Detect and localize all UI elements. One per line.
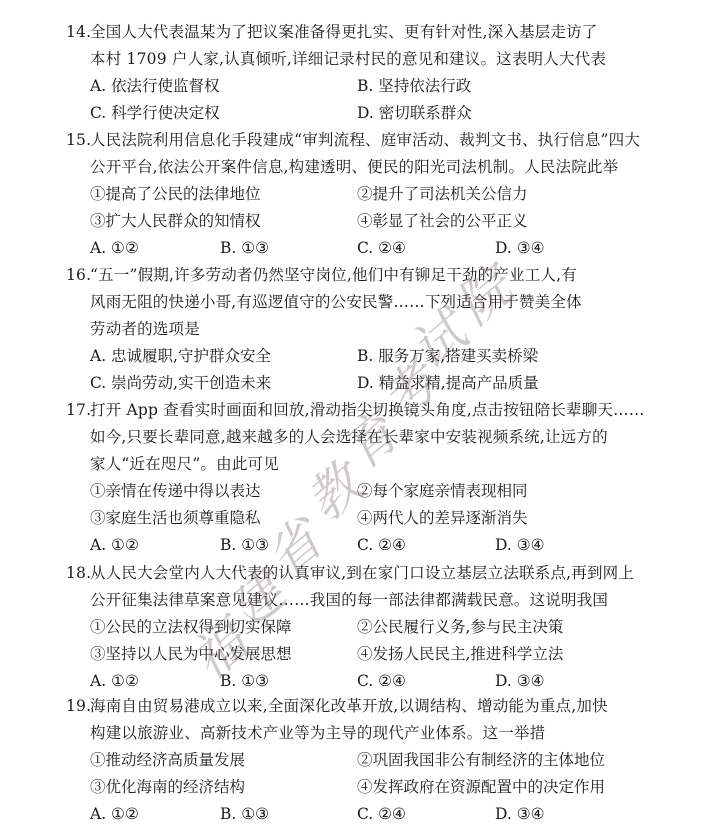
option-b[interactable]: B. 坚持依法行政 <box>357 73 471 100</box>
choice-d[interactable]: D. ③④ <box>495 668 545 695</box>
stem-line: 人民法院利用信息化手段建成“审判流程、庭审活动、裁判文书、执行信息”四大 <box>90 131 640 149</box>
statement-1: ①亲情在传递中得以表达 <box>90 478 261 505</box>
choice-a[interactable]: A. ①② <box>90 532 139 559</box>
stem-line: 构建以旅游业、高新技术产业等为主导的现代产业体系。这一举措 <box>66 720 636 747</box>
choice-b[interactable]: B. ①③ <box>220 801 269 828</box>
statement-3: ③坚持以人民为中心发展思想 <box>90 641 292 668</box>
question-number: 19. <box>66 693 90 720</box>
option-d[interactable]: D. 密切联系群众 <box>357 100 472 127</box>
stem-line: 从人民大会堂内人大代表的认真审议,到在家门口设立基层立法联系点,再到网上 <box>90 564 634 582</box>
statement-3: ③优化海南的经济结构 <box>90 774 245 801</box>
statement-4: ④两代人的差异逐渐消失 <box>357 505 528 532</box>
question-number: 18. <box>66 560 90 587</box>
question-number: 17. <box>66 397 90 424</box>
statement-2: ②每个家庭亲情表现相同 <box>357 478 528 505</box>
choice-d[interactable]: D. ③④ <box>495 532 545 559</box>
statement-4: ④发挥政府在资源配置中的决定作用 <box>357 774 605 801</box>
stem-line: 公开平台,依法公开案件信息,构建透明、便民的阳光司法机制。人民法院此举 <box>66 154 636 181</box>
choice-c[interactable]: C. ②④ <box>357 668 406 695</box>
choice-c[interactable]: C. ②④ <box>357 532 406 559</box>
stem-line: 本村 1709 户人家,认真倾听,详细记录村民的意见和建议。这表明人大代表 <box>66 46 636 73</box>
question-19: 19.海南自由贸易港成立以来,全面深化改革开放,以调结构、增动能为重点,加快 构… <box>66 693 636 828</box>
choice-b[interactable]: B. ①③ <box>220 668 269 695</box>
statement-4: ④彰显了社会的公平正义 <box>357 208 528 235</box>
question-number: 16. <box>66 262 90 289</box>
choice-a[interactable]: A. ①② <box>90 235 139 262</box>
exam-page: 14.全国人大代表温某为了把议案准备得更扎实、更有针对性,深入基层走访了 本村 … <box>0 0 703 840</box>
question-15: 15.人民法院利用信息化手段建成“审判流程、庭审活动、裁判文书、执行信息”四大 … <box>66 127 636 262</box>
question-18: 18.从人民大会堂内人大代表的认真审议,到在家门口设立基层立法联系点,再到网上 … <box>66 560 636 695</box>
option-d[interactable]: D. 精益求精,提高产品质量 <box>357 370 539 397</box>
choice-d[interactable]: D. ③④ <box>495 801 545 828</box>
statement-2: ②巩固我国非公有制经济的主体地位 <box>357 747 605 774</box>
choice-c[interactable]: C. ②④ <box>357 235 406 262</box>
choice-b[interactable]: B. ①③ <box>220 532 269 559</box>
stem-line: 如今,只要长辈同意,越来越多的人会选择在长辈家中安装视频系统,让远方的 <box>66 424 636 451</box>
statement-4: ④发扬人民民主,推进科学立法 <box>357 641 563 668</box>
question-number: 15. <box>66 127 90 154</box>
option-a[interactable]: A. 忠诚履职,守护群众安全 <box>90 343 271 370</box>
option-c[interactable]: C. 崇尚劳动,实干创造未来 <box>90 370 271 397</box>
stem-line: 风雨无阻的快递小哥,有巡逻值守的公安民警……下列适合用于赞美全体 <box>66 289 636 316</box>
question-16: 16.“五一”假期,许多劳动者仍然坚守岗位,他们中有铆足干劲的产业工人,有 风雨… <box>66 262 636 397</box>
option-a[interactable]: A. 依法行使监督权 <box>90 73 220 100</box>
option-b[interactable]: B. 服务万家,搭建买卖桥梁 <box>357 343 538 370</box>
stem-line: 海南自由贸易港成立以来,全面深化改革开放,以调结构、增动能为重点,加快 <box>90 697 608 715</box>
question-14: 14.全国人大代表温某为了把议案准备得更扎实、更有针对性,深入基层走访了 本村 … <box>66 19 636 127</box>
question-number: 14. <box>66 19 90 46</box>
question-17: 17.打开 App 查看实时画面和回放,滑动指尖切换镜头角度,点击按钮陪长辈聊天… <box>66 397 636 559</box>
stem-line: “五一”假期,许多劳动者仍然坚守岗位,他们中有铆足干劲的产业工人,有 <box>90 266 577 284</box>
statement-3: ③家庭生活也须尊重隐私 <box>90 505 261 532</box>
statement-2: ②公民履行义务,参与民主决策 <box>357 614 563 641</box>
choice-a[interactable]: A. ①② <box>90 668 139 695</box>
statement-1: ①提高了公民的法律地位 <box>90 181 261 208</box>
statement-2: ②提升了司法机关公信力 <box>357 181 528 208</box>
choice-d[interactable]: D. ③④ <box>495 235 545 262</box>
statement-1: ①推动经济高质量发展 <box>90 747 245 774</box>
statement-1: ①公民的立法权得到切实保障 <box>90 614 292 641</box>
stem-line: 公开征集法律草案意见建议……我国的每一部法律都满载民意。这说明我国 <box>66 587 636 614</box>
choice-a[interactable]: A. ①② <box>90 801 139 828</box>
statement-3: ③扩大人民群众的知情权 <box>90 208 261 235</box>
stem-line: 打开 App 查看实时画面和回放,滑动指尖切换镜头角度,点击按钮陪长辈聊天…… <box>90 401 645 419</box>
choice-b[interactable]: B. ①③ <box>220 235 269 262</box>
choice-c[interactable]: C. ②④ <box>357 801 406 828</box>
option-c[interactable]: C. 科学行使决定权 <box>90 100 220 127</box>
stem-line: 家人“近在咫尺”。由此可见 <box>66 451 636 478</box>
stem-line: 全国人大代表温某为了把议案准备得更扎实、更有针对性,深入基层走访了 <box>90 23 598 41</box>
stem-line: 劳动者的选项是 <box>66 316 636 343</box>
